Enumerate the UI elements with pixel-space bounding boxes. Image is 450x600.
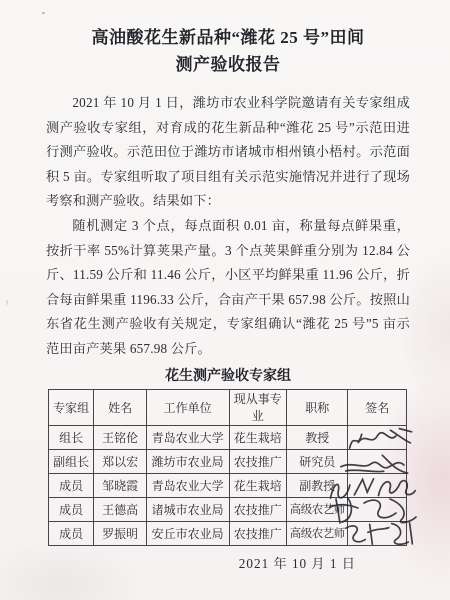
cell-title: 高级农艺师 — [286, 497, 348, 521]
cell-signature — [348, 425, 407, 449]
col-header-name: 姓名 — [94, 389, 146, 425]
cell-role: 成员 — [49, 473, 94, 497]
cell-signature — [348, 521, 407, 545]
cell-name: 王德高 — [94, 497, 146, 521]
col-header-unit: 工作单位 — [146, 389, 229, 425]
experts-table: 专家组 姓名 工作单位 现从事专业 职称 签名 组长 王铭伦 青岛农业大学 花生… — [48, 389, 407, 546]
cell-title: 研究员 — [286, 449, 348, 473]
cell-name: 罗振明 — [94, 521, 146, 545]
experts-table-title: 花生测产验收专家组 — [46, 365, 410, 385]
cell-title: 副教授 — [286, 473, 348, 497]
document-title: 高油酸花生新品种“潍花 25 号”田间 测产验收报告 — [46, 24, 410, 78]
table-row: 成员 罗振明 安丘市农业局 农技推广 高级农艺师 — [49, 521, 407, 545]
cell-role: 成员 — [49, 521, 94, 545]
cell-unit: 诸城市农业局 — [146, 497, 229, 521]
cell-specialty: 花生栽培 — [229, 473, 286, 497]
document-title-line1: 高油酸花生新品种“潍花 25 号”田间 — [46, 24, 410, 51]
cell-role: 副组长 — [49, 449, 94, 473]
cell-unit: 潍坊市农业局 — [146, 449, 229, 473]
cell-specialty: 农技推广 — [229, 497, 286, 521]
col-header-title: 职称 — [286, 389, 348, 425]
col-header-role: 专家组 — [49, 389, 94, 425]
table-row: 成员 王德高 诸城市农业局 农技推广 高级农艺师 — [49, 497, 407, 521]
cell-title: 教授 — [286, 425, 348, 449]
scan-speck — [42, 12, 45, 14]
col-header-specialty: 现从事专业 — [229, 389, 286, 425]
cell-specialty: 农技推广 — [229, 521, 286, 545]
cell-signature — [348, 449, 407, 473]
table-row: 成员 邹晓霞 青岛农业大学 花生栽培 副教授 — [49, 473, 407, 497]
cell-signature — [348, 473, 407, 497]
cell-unit: 青岛农业大学 — [146, 473, 229, 497]
cell-role: 成员 — [49, 497, 94, 521]
scanned-report-page: 高油酸花生新品种“潍花 25 号”田间 测产验收报告 2021 年 10 月 1… — [0, 0, 450, 600]
paragraph-intro: 2021 年 10 月 1 日，潍坊市农业科学院邀请有关专家组成测产验收专家组，… — [46, 91, 410, 214]
col-header-signature: 签名 — [348, 389, 407, 425]
table-row: 副组长 郑以宏 潍坊市农业局 农技推广 研究员 — [49, 449, 407, 473]
table-header-row: 专家组 姓名 工作单位 现从事专业 职称 签名 — [49, 389, 407, 425]
scan-speck — [6, 300, 8, 305]
document-content: 高油酸花生新品种“潍花 25 号”田间 测产验收报告 2021 年 10 月 1… — [0, 0, 450, 572]
cell-signature — [348, 497, 407, 521]
document-title-line2: 测产验收报告 — [46, 51, 410, 78]
cell-unit: 安丘市农业局 — [146, 521, 229, 545]
cell-role: 组长 — [49, 425, 94, 449]
document-date: 2021 年 10 月 1 日 — [46, 553, 410, 572]
document-body: 2021 年 10 月 1 日，潍坊市农业科学院邀请有关专家组成测产验收专家组，… — [46, 91, 410, 362]
paragraph-results: 随机测定 3 个点，每点面积 0.01 亩，称量每点鲜果重，按折干率 55%计算… — [46, 214, 410, 362]
signature-scribble — [340, 516, 421, 551]
cell-name: 郑以宏 — [94, 449, 146, 473]
cell-unit: 青岛农业大学 — [146, 425, 229, 449]
cell-specialty: 农技推广 — [229, 449, 286, 473]
cell-name: 邹晓霞 — [94, 473, 146, 497]
cell-title: 高级农艺师 — [286, 521, 348, 545]
cell-specialty: 花生栽培 — [229, 425, 286, 449]
table-row: 组长 王铭伦 青岛农业大学 花生栽培 教授 — [49, 425, 407, 449]
cell-name: 王铭伦 — [94, 425, 146, 449]
